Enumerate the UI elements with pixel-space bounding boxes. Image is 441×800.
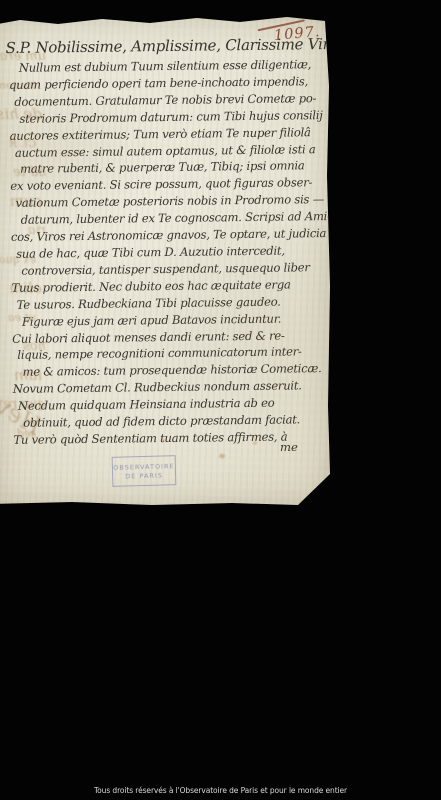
- manuscript-page: um era tis com de his Cl. R ad te cum ri…: [0, 16, 335, 508]
- library-stamp-line2: DE PARIS: [125, 471, 163, 480]
- copyright-caption: Tous droits réservés à l'Observatoire de…: [0, 786, 441, 795]
- letter-salutation: S.P. Nobilissime, Amplissime, Clarissime…: [6, 34, 322, 59]
- scan-photograph: um era tis com de his Cl. R ad te cum ri…: [0, 0, 441, 800]
- letter-body: S.P. Nobilissime, Amplissime, Clarissime…: [6, 34, 327, 449]
- library-stamp: OBSERVATOIRE DE PARIS: [112, 455, 177, 487]
- library-stamp-line1: OBSERVATOIRE: [113, 462, 175, 472]
- catchword: me: [280, 440, 298, 454]
